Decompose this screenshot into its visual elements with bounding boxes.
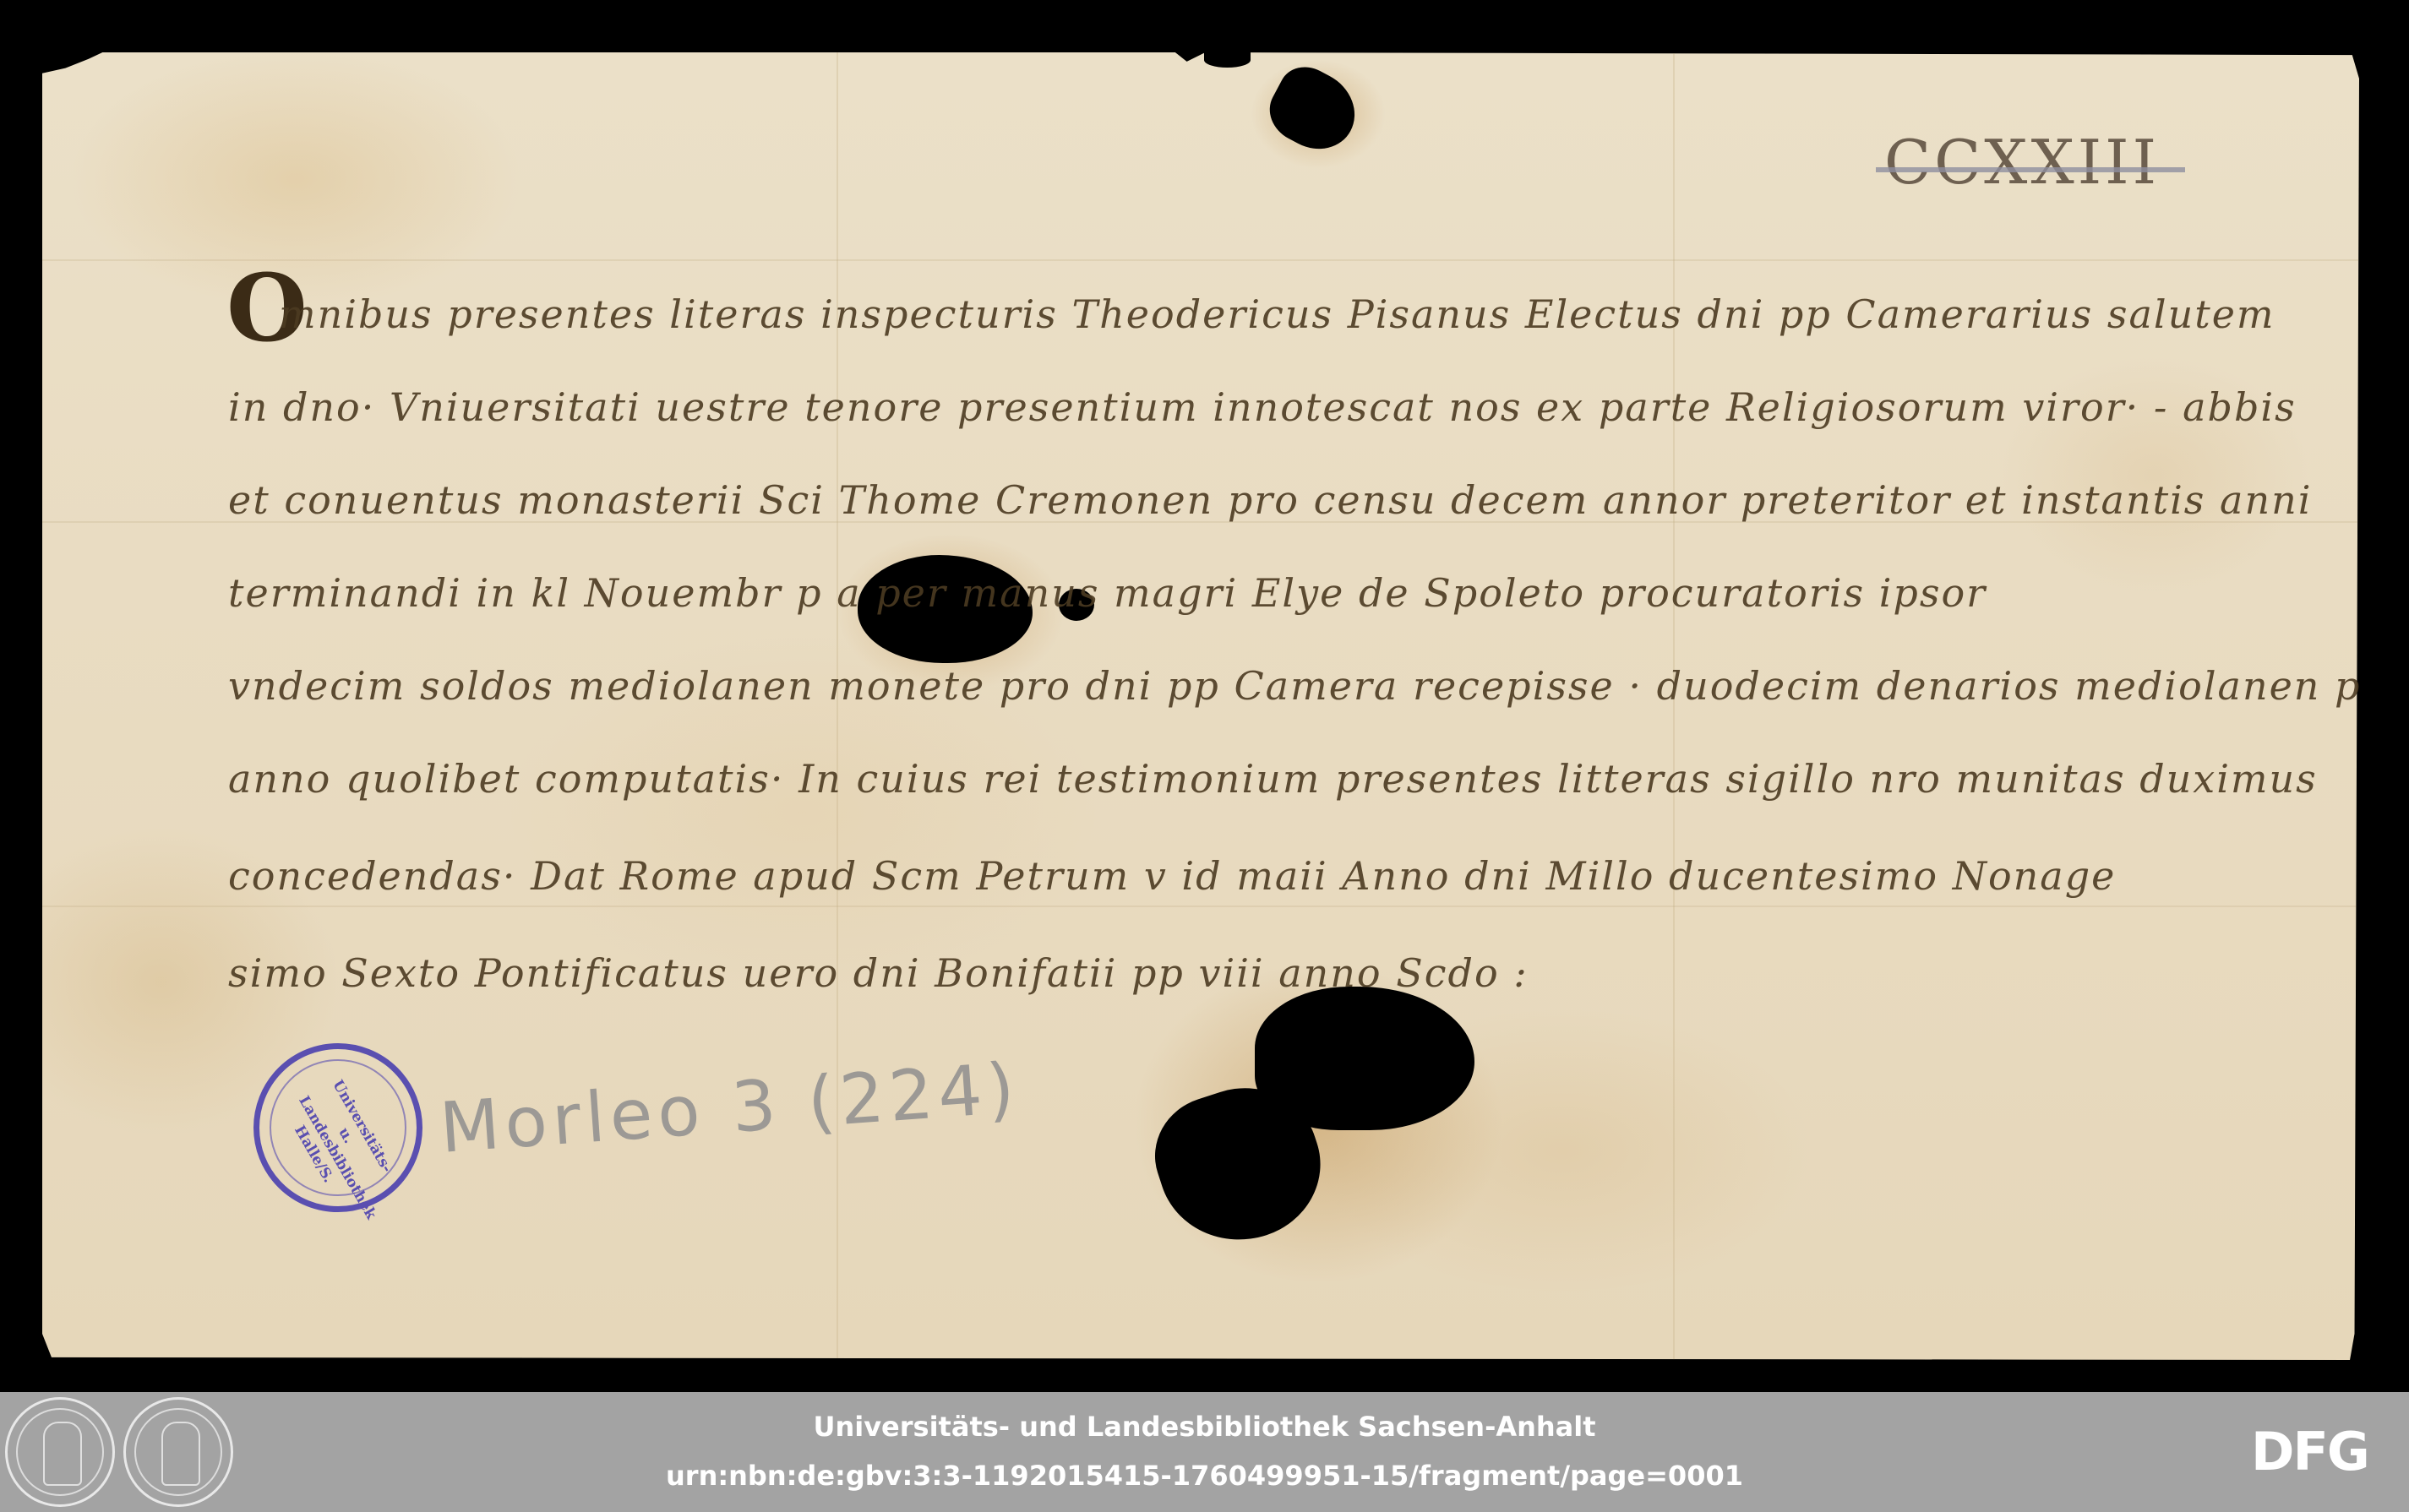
institution-name: Universitäts- und Landesbibliothek Sachs… [0, 1411, 2409, 1443]
text-line-1: mnibus presentes literas inspecturis The… [279, 291, 2275, 337]
text-line-3: et conuentus monasterii Sci Thome Cremon… [228, 477, 2312, 523]
library-stamp: Universitäts- u. Landesbibliothek Halle/… [253, 1043, 422, 1212]
text-line-5: vndecim soldos mediolanen monete pro dni… [228, 663, 2362, 709]
shelfmark-text: CCXXIII [1884, 127, 2160, 198]
text-line-7: concedendas· Dat Rome apud Scm Petrum v … [228, 853, 2116, 899]
urn-link[interactable]: urn:nbn:de:gbv:3:3-1192015415-1760499951… [0, 1460, 2409, 1492]
shelfmark-annotation: CCXXIII [1884, 127, 2160, 198]
text-line-6: anno quolibet computatis· In cuius rei t… [228, 756, 2318, 802]
dfg-logo-icon: DFG [2251, 1426, 2368, 1478]
text-line-2: in dno· Vniuersitati uestre tenore prese… [228, 384, 2297, 430]
ruling-line [42, 259, 2359, 261]
strikethrough [1876, 167, 2185, 172]
ruling-line [42, 906, 2359, 907]
text-line-8: simo Sexto Pontificatus uero dni Bonifat… [228, 950, 1529, 996]
text-line-4: terminandi in kl Nouembr p a per manus m… [228, 570, 1987, 616]
image-viewer: O mnibus presentes literas inspecturis T… [0, 0, 2409, 1392]
footer-bar: Universitäts- und Landesbibliothek Sachs… [0, 1392, 2409, 1512]
edge-notch [1204, 52, 1251, 68]
